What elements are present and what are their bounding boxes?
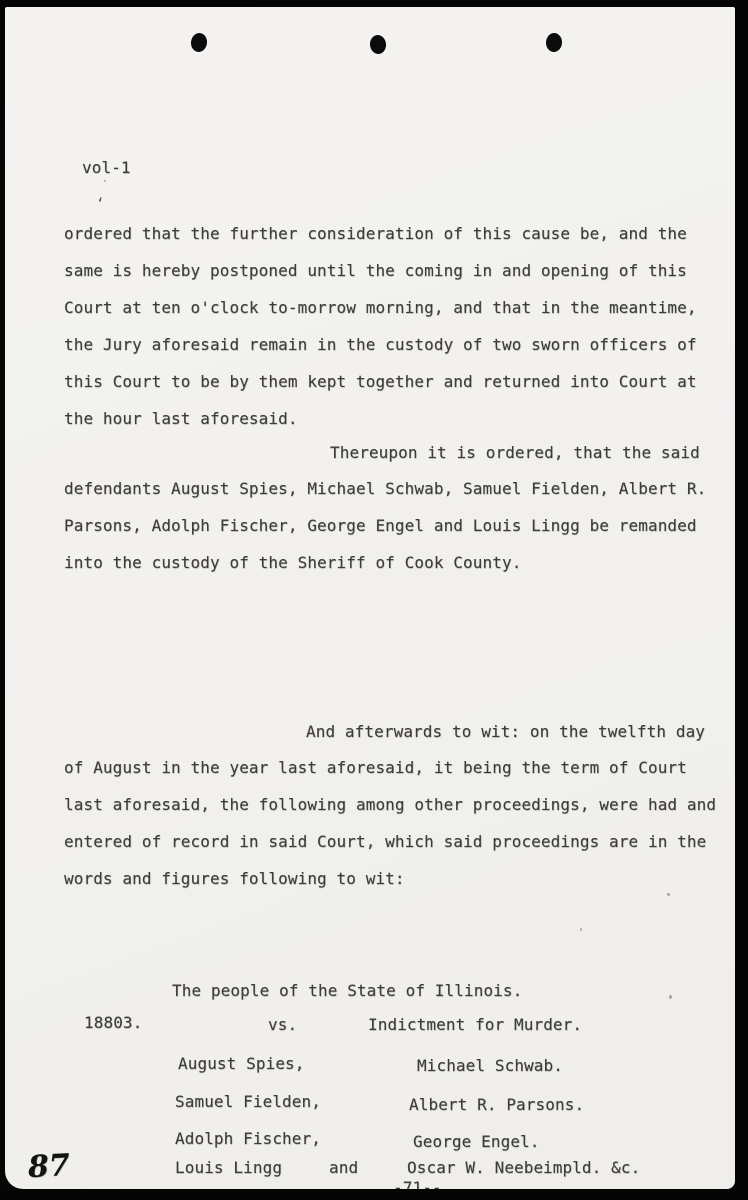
continuation-paragraph-line: of August in the year last aforesaid, it…	[64, 760, 687, 776]
continuation-paragraph-indent-line: And afterwards to wit: on the twelfth da…	[306, 724, 705, 740]
scan-speck	[580, 928, 582, 931]
order-paragraph-line: the Jury aforesaid remain in the custody…	[64, 337, 697, 353]
scan-border-right	[735, 0, 748, 1200]
order-paragraph-line: the hour last aforesaid.	[64, 411, 298, 427]
scan-speck	[667, 893, 670, 896]
scan-speck	[669, 995, 672, 999]
caption-impleaded-suffix: impld. &c.	[543, 1160, 640, 1176]
caption-docket-number: 18803.	[84, 1015, 142, 1031]
remand-paragraph-line: into the custody of the Sheriff of Cook …	[64, 555, 521, 571]
stray-pen-mark: ʻ	[96, 196, 104, 212]
volume-label: vol-1	[82, 160, 131, 176]
scan-border-left	[0, 0, 5, 1200]
continuation-paragraph-line: entered of record in said Court, which s…	[64, 834, 706, 850]
caption-defendant: Adolph Fischer,	[175, 1131, 321, 1147]
caption-defendant: Oscar W. Neebe	[407, 1160, 543, 1176]
caption-defendant: Louis Lingg	[175, 1160, 282, 1176]
caption-defendant: Michael Schwab.	[417, 1058, 563, 1074]
scan-border-bottom	[0, 1189, 748, 1200]
caption-charge: Indictment for Murder.	[368, 1017, 582, 1033]
caption-defendant: Albert R. Parsons.	[409, 1097, 584, 1113]
remand-paragraph-indent-line: Thereupon it is ordered, that the said	[330, 445, 700, 461]
continuation-paragraph-line: words and figures following to wit:	[64, 871, 405, 887]
caption-versus: vs.	[268, 1017, 297, 1033]
continuation-paragraph-line: last aforesaid, the following among othe…	[64, 797, 716, 813]
document-scan: vol-1 ʻ ordered that the further conside…	[0, 0, 748, 1200]
order-paragraph-line: same is hereby postponed until the comin…	[64, 263, 687, 279]
order-paragraph-line: this Court to be by them kept together a…	[64, 374, 697, 390]
caption-defendant: Samuel Fielden,	[175, 1094, 321, 1110]
caption-defendant: George Engel.	[413, 1134, 540, 1150]
caption-plaintiff: The people of the State of Illinois.	[172, 983, 522, 999]
remand-paragraph-line: Parsons, Adolph Fischer, George Engel an…	[64, 518, 697, 534]
scan-speck	[104, 180, 106, 182]
order-paragraph-line: Court at ten o'clock to-morrow morning, …	[64, 300, 697, 316]
scan-border-top	[0, 0, 748, 7]
caption-defendant: August Spies,	[178, 1056, 305, 1072]
handwritten-page-number: 87	[27, 1151, 70, 1183]
caption-conjunction: and	[329, 1160, 358, 1176]
remand-paragraph-line: defendants August Spies, Michael Schwab,…	[64, 481, 706, 497]
document-page	[5, 7, 735, 1189]
order-paragraph-line: ordered that the further consideration o…	[64, 226, 687, 242]
